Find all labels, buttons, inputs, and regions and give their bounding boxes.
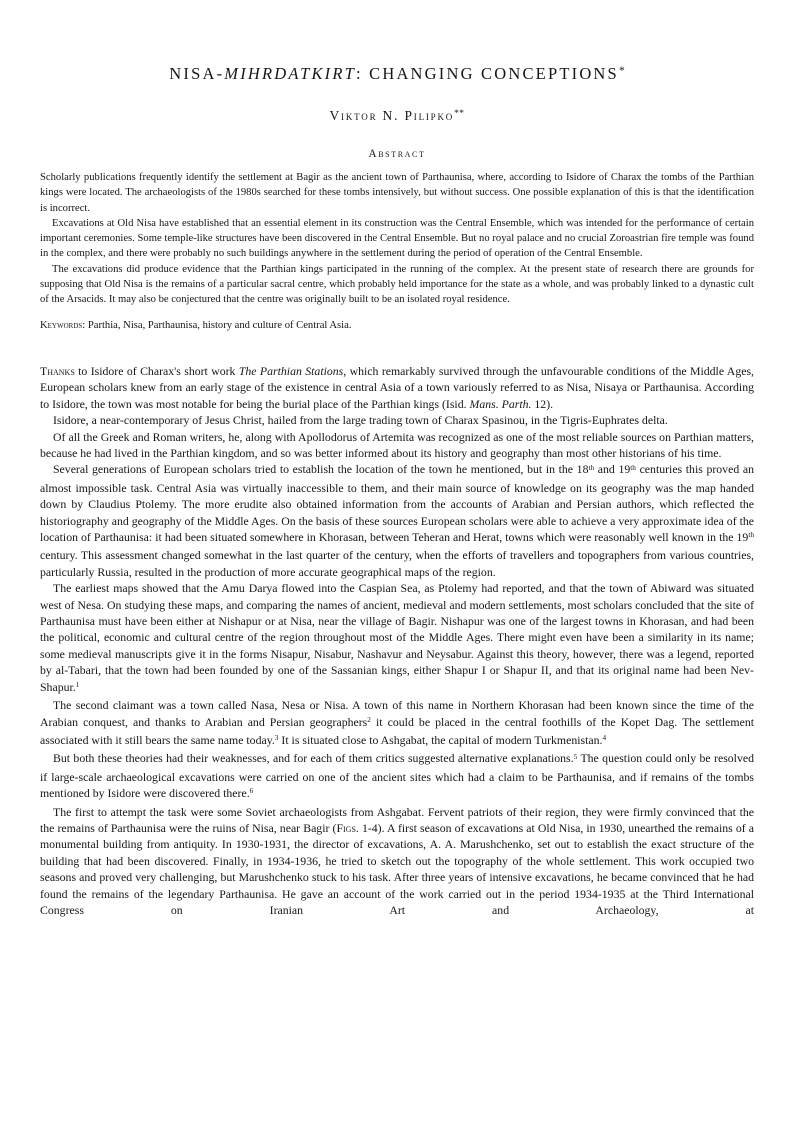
title-pre: NISA- [169, 64, 224, 83]
paragraph: But both these theories had their weakne… [40, 750, 754, 803]
abstract-heading: Abstract [40, 148, 754, 160]
paragraph: Thanks to Isidore of Charax's short work… [40, 363, 754, 412]
title-italic-part: MIHRDATKIRT [224, 64, 356, 83]
paragraph: The second claimant was a town called Na… [40, 697, 754, 750]
article-body: Thanks to Isidore of Charax's short work… [40, 363, 754, 918]
title-post: : CHANGING CONCEPTIONS [356, 64, 619, 83]
title-asterisk: * [619, 65, 625, 77]
paragraph: The earliest maps showed that the Amu Da… [40, 580, 754, 697]
paragraph: Isidore, a near-contemporary of Jesus Ch… [40, 412, 754, 428]
keywords-line: Keywords: Parthia, Nisa, Parthaunisa, hi… [40, 318, 754, 333]
paragraph: The first to attempt the task were some … [40, 804, 754, 919]
author-asterisks: ** [454, 109, 464, 119]
paragraph: Several generations of European scholars… [40, 461, 754, 580]
author-line: Viktor N. Pilipko** [40, 108, 754, 124]
paragraph: The excavations did produce evidence tha… [40, 262, 754, 308]
document-page: NISA-MIHRDATKIRT: CHANGING CONCEPTIONS* … [0, 0, 794, 1123]
keywords-label: Keywords: [40, 320, 85, 331]
paragraph: Excavations at Old Nisa have established… [40, 216, 754, 262]
abstract-body: Scholarly publications frequently identi… [40, 170, 754, 308]
author-name: Viktor N. Pilipko [330, 108, 455, 123]
paper-title: NISA-MIHRDATKIRT: CHANGING CONCEPTIONS* [40, 64, 754, 84]
keywords-text: Parthia, Nisa, Parthaunisa, history and … [85, 320, 351, 331]
paragraph: Of all the Greek and Roman writers, he, … [40, 429, 754, 462]
paragraph: Scholarly publications frequently identi… [40, 170, 754, 216]
